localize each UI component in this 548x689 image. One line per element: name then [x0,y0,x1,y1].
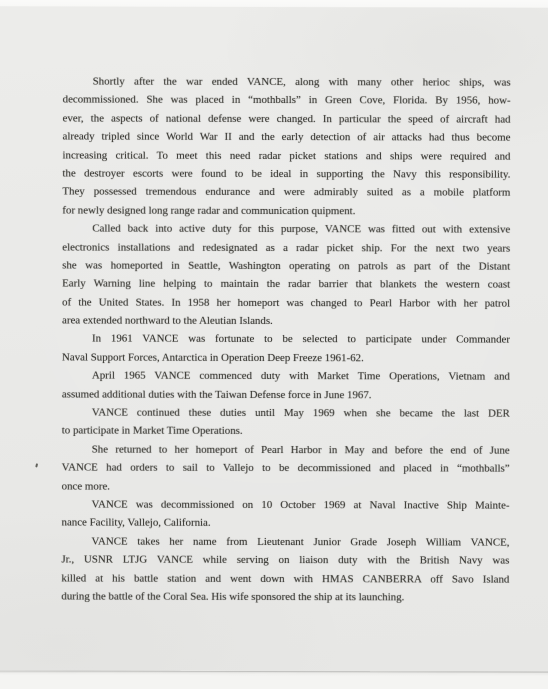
text-line: VANCE continued these duties until May 1… [62,403,510,423]
text-line: she was homeported in Seattle, Washingto… [62,256,510,276]
text-line: assumed additional duties with the Taiwa… [62,385,510,405]
text-line: In 1961 VANCE was fortunate to be select… [62,330,510,350]
paragraph: VANCE takes her name from Lieutenant Jun… [61,532,509,607]
page-body: Shortly after the war ended VANCE, along… [61,72,510,606]
text-line: VANCE had orders to sail to Vallejo to b… [62,459,510,479]
paragraph: Called back into active duty for this pu… [62,220,510,332]
text-line: They possessed tremendous endurance and … [62,183,510,203]
text-line: She returned to her homeport of Pearl Ha… [62,440,510,460]
text-line: electronics installations and redesignat… [62,238,510,258]
paragraph: April 1965 VANCE commenced duty with Mar… [62,367,510,405]
text-line: once more. [62,477,510,497]
text-line: Shortly after the war ended VANCE, along… [63,72,511,92]
paragraph: VANCE was decommissioned on 10 October 1… [61,495,509,533]
scanned-paper-page: Shortly after the war ended VANCE, along… [0,6,548,671]
text-line: VANCE was decommissioned on 10 October 1… [62,495,510,515]
stray-ink-speck [35,463,38,467]
paragraph: Shortly after the war ended VANCE, along… [62,72,510,220]
paragraph: VANCE continued these duties until May 1… [62,403,510,441]
text-line: ever, the aspects of national defense we… [63,109,511,129]
text-line: April 1965 VANCE commenced duty with Mar… [62,367,510,387]
text-line: the destroyer escorts were found to be i… [62,164,510,184]
text-line: of the United States. In 1958 her homepo… [62,293,510,313]
text-line: during the battle of the Coral Sea. His … [61,587,509,607]
text-line: killed at his battle station and went do… [61,569,509,589]
text-line: for newly designed long range radar and … [62,201,510,221]
text-line: Naval Support Forces, Antarctica in Oper… [62,348,510,368]
text-line: Jr., USNR LTJG VANCE while serving on li… [61,551,509,571]
paper-bottom-edge-shadow [0,671,548,673]
paragraph: In 1961 VANCE was fortunate to be select… [62,330,510,368]
text-line: VANCE takes her name from Lieutenant Jun… [61,532,509,552]
text-line: Called back into active duty for this pu… [62,220,510,240]
text-line: already tripled since World War II and t… [63,128,511,148]
paragraph: She returned to her homeport of Pearl Ha… [62,440,510,496]
text-line: increasing critical. To meet this need r… [62,146,510,166]
text-line: area extended northward to the Aleutian … [62,312,510,332]
text-line: decommissioned. She was placed in “mothb… [63,91,511,111]
text-line: to participate in Market Time Operations… [62,422,510,442]
text-line: nance Facility, Vallejo, California. [61,514,509,534]
text-line: Early Warning line helping to maintain t… [62,275,510,295]
